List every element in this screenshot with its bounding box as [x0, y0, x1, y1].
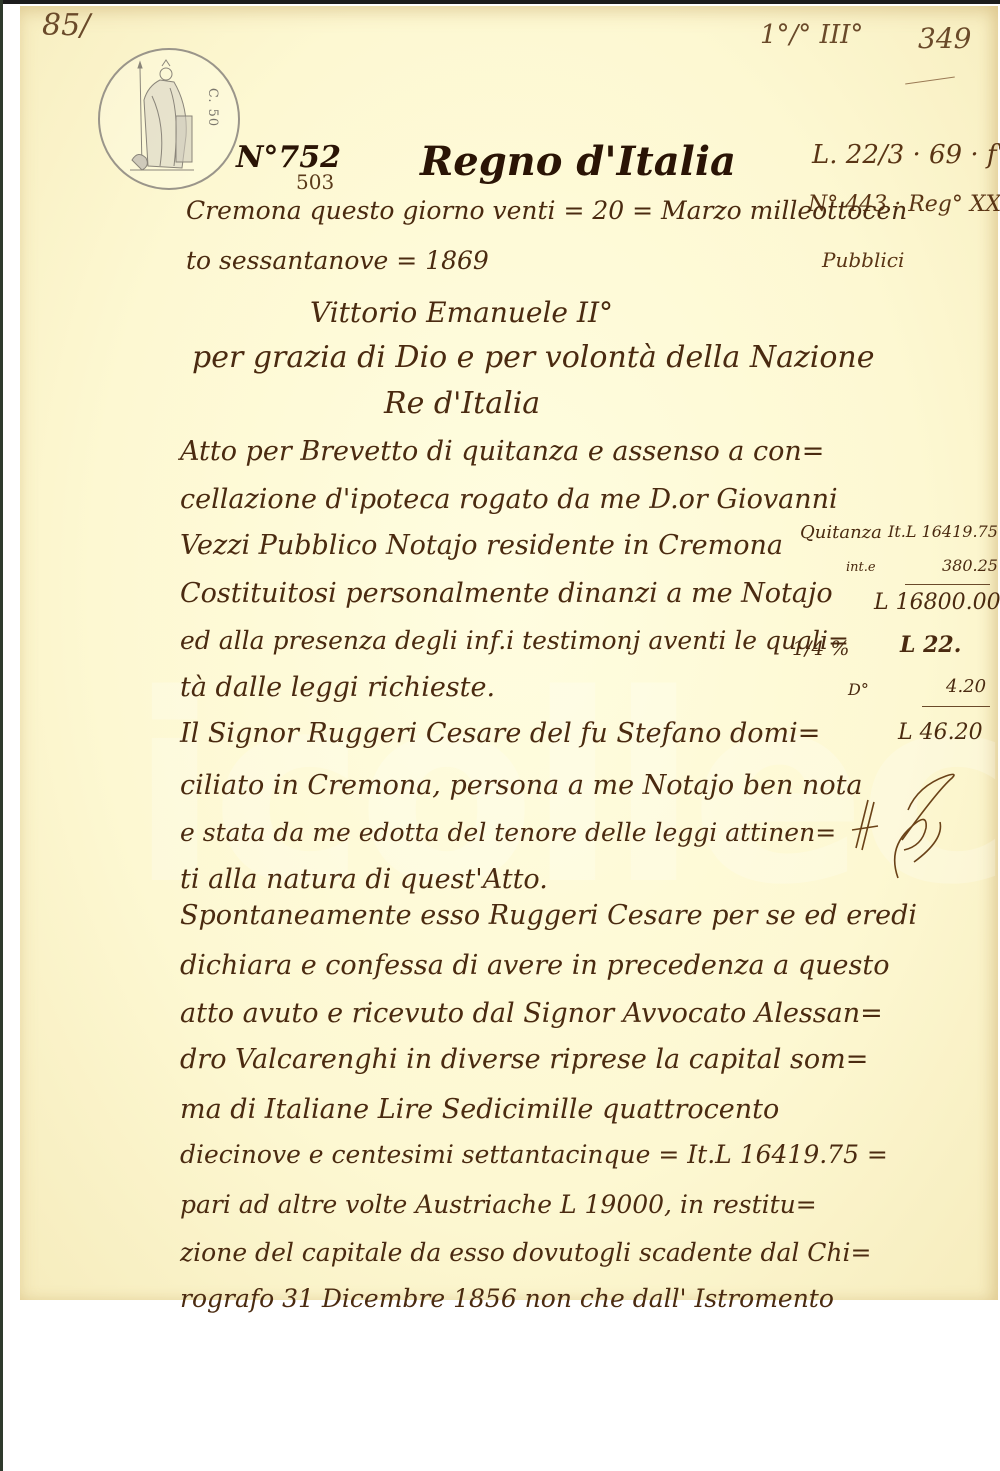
margin-tax: L 22.: [900, 632, 961, 658]
body-line: Il Signor Ruggeri Cesare del fu Stefano …: [180, 718, 820, 749]
body-line: cellazione d'ipoteca rogato da me D.or G…: [180, 484, 838, 515]
body-line: dichiara e confessa di avere in preceden…: [180, 950, 889, 981]
revenue-stamp: C. 50: [98, 48, 240, 190]
registration-note-3: Pubblici: [822, 248, 904, 272]
body-line: pari ad altre volte Austriache L 19000, …: [180, 1190, 817, 1219]
body-line: Vezzi Pubblico Notajo residente in Cremo…: [180, 530, 783, 561]
body-line: ciliato in Cremona, persona a me Notajo …: [180, 770, 863, 801]
margin-label-rate: 1/4 %: [792, 636, 850, 660]
body-line: ed alla presenza degli inf.i testimonj a…: [180, 626, 849, 655]
body-line: zione del capitale da esso dovutogli sca…: [180, 1238, 871, 1267]
body-line: Cremona questo giorno venti = 20 = Marzo…: [186, 196, 907, 225]
margin-amount-interest: 380.25: [942, 556, 998, 575]
margin-sum-rule: [905, 584, 990, 585]
scan-top-border: [0, 0, 1000, 4]
page-number: 349: [918, 22, 971, 55]
margin-subtotal: L 16800.00: [874, 590, 1000, 615]
body-line: e stata da me edotta del tenore delle le…: [180, 818, 836, 847]
body-line: Atto per Brevetto di quitanza e assenso …: [180, 436, 824, 467]
body-line: atto avuto e ricevuto dal Signor Avvocat…: [180, 998, 883, 1029]
body-line: Spontaneamente esso Ruggeri Cesare per s…: [180, 900, 917, 931]
body-line: rografo 31 Dicembre 1856 non che dall' I…: [180, 1284, 834, 1313]
notary-signature-flourish-icon: [848, 770, 968, 890]
body-line: ma di Italiane Lire Sedicimille quattroc…: [180, 1094, 779, 1125]
margin-label-quitanza: Quitanza: [800, 522, 882, 543]
body-line: diecinove e centesimi settantacinque = I…: [180, 1140, 888, 1169]
body-line: to sessantanove = 1869: [186, 246, 489, 275]
king-name: Vittorio Emanuele II°: [310, 296, 613, 329]
margin-label-ditto: D°: [848, 680, 869, 699]
stamp-value: C. 50: [205, 88, 220, 127]
body-line: Costituitosi personalmente dinanzi a me …: [180, 578, 833, 609]
margin-total: L 46.20: [898, 720, 983, 745]
body-line: tà dalle leggi richieste.: [180, 672, 495, 703]
registration-note-1: L. 22/3 · 69 · f° 39.: [812, 140, 1000, 170]
body-line: dro Valcarenghi in diverse riprese la ca…: [180, 1044, 868, 1075]
royal-formula: per grazia di Dio e per volontà della Na…: [192, 340, 875, 375]
document-title: Regno d'Italia: [420, 138, 736, 185]
margin-total-rule: [922, 706, 990, 707]
folio-reference: 1°/° III°: [760, 20, 863, 50]
allegorical-italia-seated-figure-icon: [130, 56, 200, 182]
margin-number: 85/: [42, 8, 90, 43]
scan-left-border: [0, 0, 3, 1471]
body-line: ti alla natura di quest'Atto.: [180, 864, 548, 895]
deed-subnumber: 503: [296, 170, 334, 194]
margin-amount-capital: It.L 16419.75: [888, 522, 998, 541]
margin-label-interest: int.e: [846, 560, 876, 575]
royal-title: Re d'Italia: [384, 386, 540, 421]
margin-ditto-amount: 4.20: [946, 676, 986, 697]
